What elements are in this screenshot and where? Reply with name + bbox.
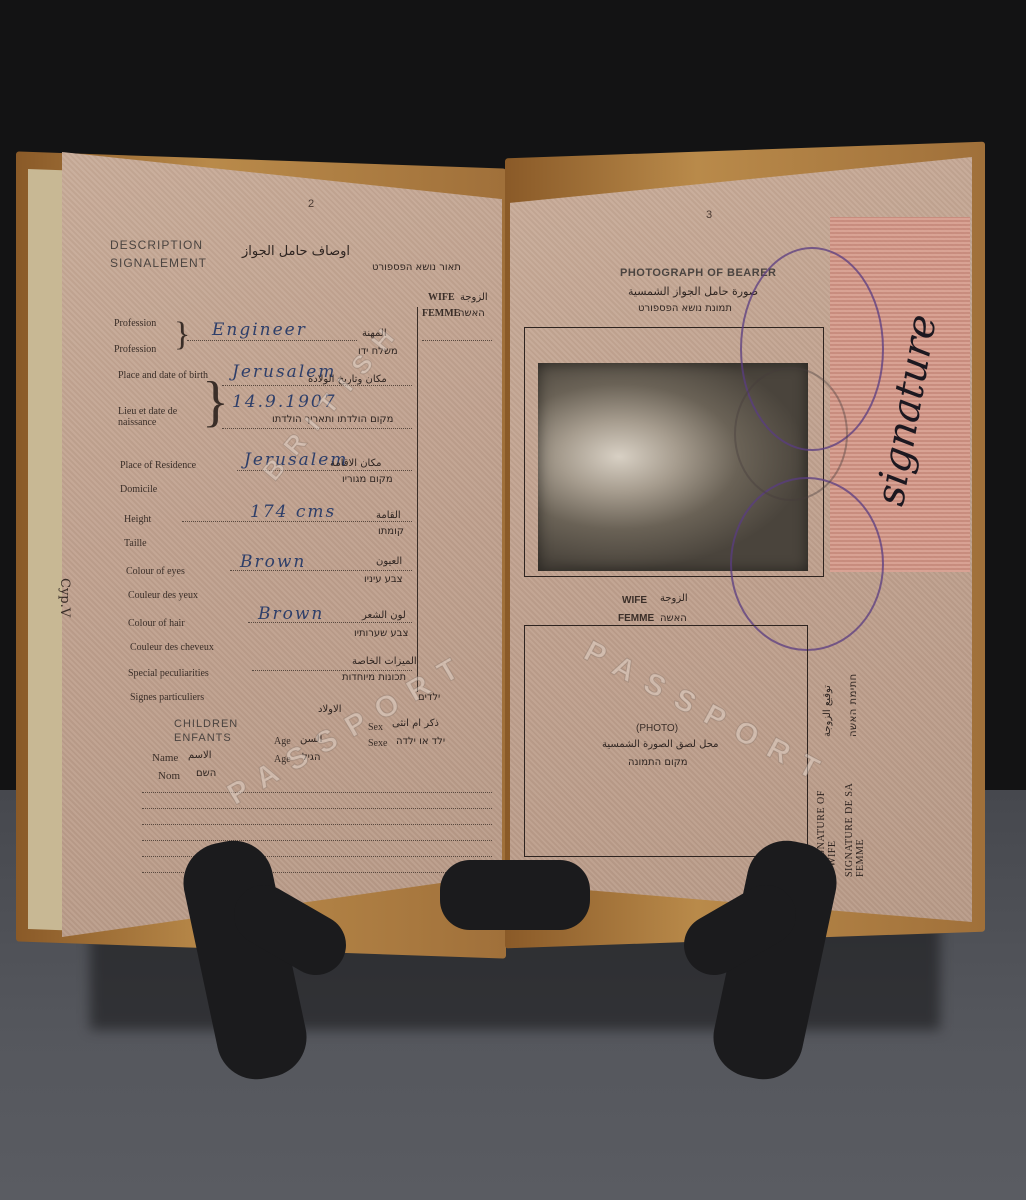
height-label-he: קומתו [378,526,404,537]
wife-label-ar: الزوجة [660,593,688,604]
birth-label-en: Place and date of birth [118,370,208,381]
wife-column-divider [417,307,418,692]
children-name-ar: الاسم [188,750,212,761]
wife-label-he: האשה [660,613,687,624]
wife-profession-line [422,340,492,341]
description-page: 2 DESCRIPTION SIGNALEMENT اوصاف حامل الج… [62,152,502,937]
children-title-fr: ENFANTS [174,732,232,744]
profession-value: Engineer [212,320,307,340]
children-line [142,840,492,841]
profession-label-en: Profession [114,318,156,329]
eyes-value: Brown [240,552,306,572]
photo-title-en: PHOTOGRAPH OF BEARER [620,267,776,279]
section-title-ar: اوصاف حامل الجواز [242,244,350,259]
birth-label-fr: Lieu et date de naissance [118,406,208,428]
children-name-fr: Nom [158,770,180,782]
wife-signature-ar: توقيع الزوجة [822,657,833,737]
section-title-he: תאור נושא הפספורט [372,262,461,273]
height-label-en: Height [124,514,151,525]
brace: } [202,374,229,430]
height-value: 174 cms [250,502,336,522]
children-name-he: השם [196,768,216,779]
embossed-seal [734,367,848,501]
peculiarities-label-en: Special peculiarities [128,668,209,679]
profession-line [187,340,357,341]
photograph-page: 3 PHOTOGRAPH OF BEARER صورة حامل الجواز … [510,157,972,922]
wife-photo-placeholder-ar: محل لصق الصورة الشمسية [602,739,719,750]
children-title-en: CHILDREN [174,718,238,730]
hair-line [248,622,412,623]
height-label-ar: القامة [376,510,401,521]
children-line [142,824,492,825]
children-line [142,792,492,793]
wife-label-fr: FEMME [618,613,654,624]
wife-column-fr: FEMME [422,308,460,319]
wife-photo-placeholder-en: (PHOTO) [636,723,678,734]
hair-label-fr: Couleur des cheveux [130,642,214,653]
residence-label-he: מקום מגוריו [342,474,393,485]
hair-label-he: צבע שערותיו [354,628,408,639]
residence-label-ar: مكان الاقامة [330,458,381,469]
children-name-en: Name [152,752,178,764]
page-number: 2 [308,198,314,210]
height-label-fr: Taille [124,538,147,549]
children-sex-he: ילד או ילדה [396,736,445,747]
wife-column-he: האשה [458,308,485,319]
page-number: 3 [706,209,712,221]
eyes-label-ar: العيون [376,556,402,567]
children-line [142,808,492,809]
wife-signature-he: חתימת האשה [848,657,859,737]
wife-column-ar: الزوجة [460,292,488,303]
eyes-line [230,570,412,571]
profession-label-fr: Profession [114,344,156,355]
hair-label-ar: لون الشعر [362,610,406,621]
photo-title-he: תמונת נושא הפספורט [638,303,732,314]
birth-line-1 [222,385,412,386]
wife-photo-placeholder-he: מקום התמונה [628,757,688,768]
section-title-en: DESCRIPTION [110,238,203,252]
photo-title-ar: صورة حامل الجواز الشمسية [628,285,758,298]
eyes-label-fr: Couleur des yeux [128,590,198,601]
peculiarities-label-fr: Signes particuliers [130,692,204,703]
eyes-label-he: צבע עיניו [364,574,403,585]
wife-signature-fr: SIGNATURE DE SA FEMME [844,767,866,877]
residence-label-en: Place of Residence [120,460,196,471]
wife-label-en: WIFE [622,595,647,606]
peculiarities-label-ar: الميزات الخاصة [352,656,417,667]
height-line [182,521,412,522]
hair-value: Brown [258,604,324,624]
eyes-label-en: Colour of eyes [126,566,185,577]
display-stand-back [440,860,590,930]
side-mark: Cyp.V [57,578,72,617]
section-title-fr: SIGNALEMENT [110,256,207,270]
peculiarities-line [252,670,412,671]
hair-label-en: Colour of hair [128,618,185,629]
children-title-ar: الاولاد [318,704,341,715]
children-sex-fr: Sexe [368,738,387,749]
wife-column-en: WIFE [428,292,455,303]
residence-label-fr: Domicile [120,484,157,495]
brace: } [174,318,190,352]
